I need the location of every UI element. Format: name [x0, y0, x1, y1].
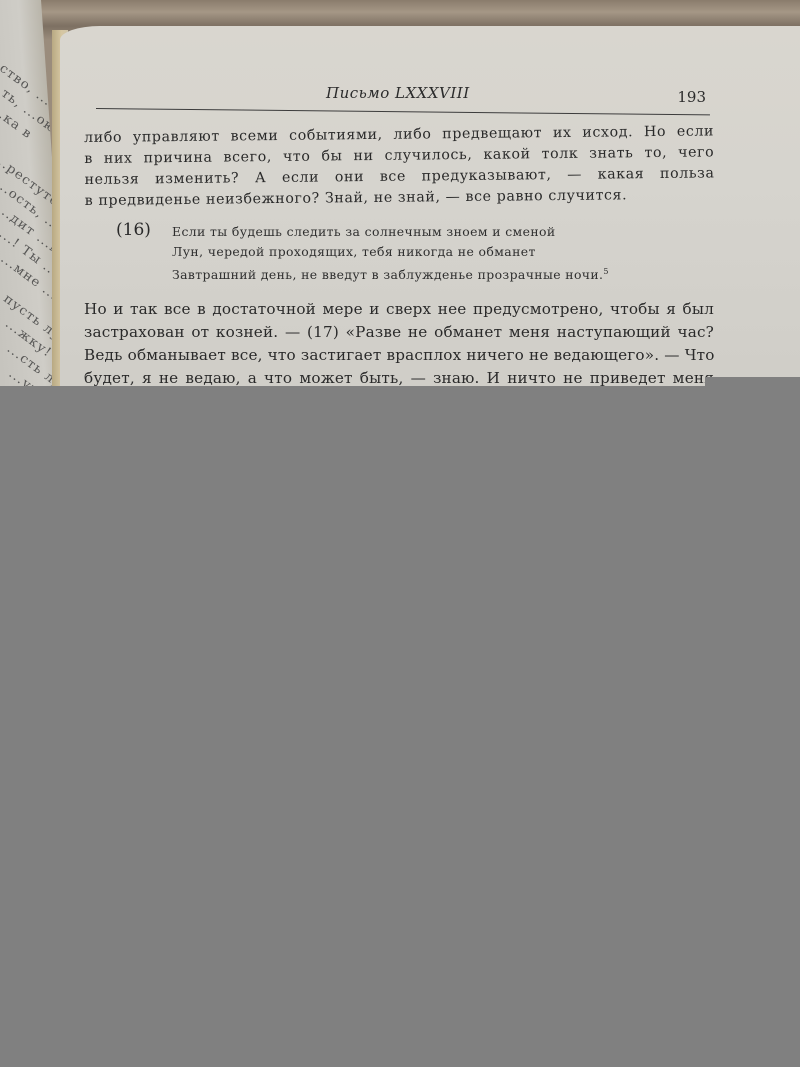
body-text: либо управляют всеми событиями, либо пре…	[84, 128, 714, 386]
section-number: (16)	[116, 220, 151, 240]
page-number: 193	[677, 88, 706, 106]
paragraph-2: Но и так все в достаточной мере и сверх …	[84, 298, 714, 386]
text-line: Ведь обманывает все, что застигает врасп…	[84, 344, 714, 367]
page-header: Письмо LXXXVIII 193	[84, 82, 712, 112]
verse-line: Завтрашний день, не введут в заблужденье…	[172, 262, 609, 285]
running-title: Письмо LXXXVIII	[326, 84, 470, 102]
text-line: застрахован от козней. — (17) «Разве не …	[84, 321, 714, 344]
book-photo: ...ство, ...ый ...ть, ...ою ...ка в ...р…	[0, 0, 800, 386]
paragraph-1: либо управляют всеми событиями, либо пре…	[84, 121, 715, 212]
footnote-marker: 5	[603, 267, 609, 276]
text-line: Но и так все в достаточной мере и сверх …	[84, 298, 714, 321]
verse-line-text: Завтрашний день, не введут в заблужденье…	[172, 267, 603, 282]
gray-mask	[0, 386, 800, 1067]
verse-quote: (16) Если ты будешь следить за солнечным…	[84, 220, 714, 290]
verse-lines: Если ты будешь следить за солнечным зное…	[172, 222, 609, 285]
verse-line: Лун, чередой проходящих, тебя никогда не…	[172, 242, 609, 262]
text-line: будет, я не ведаю, а что может быть, — з…	[84, 367, 714, 386]
verse-line: Если ты будешь следить за солнечным зное…	[172, 222, 609, 242]
